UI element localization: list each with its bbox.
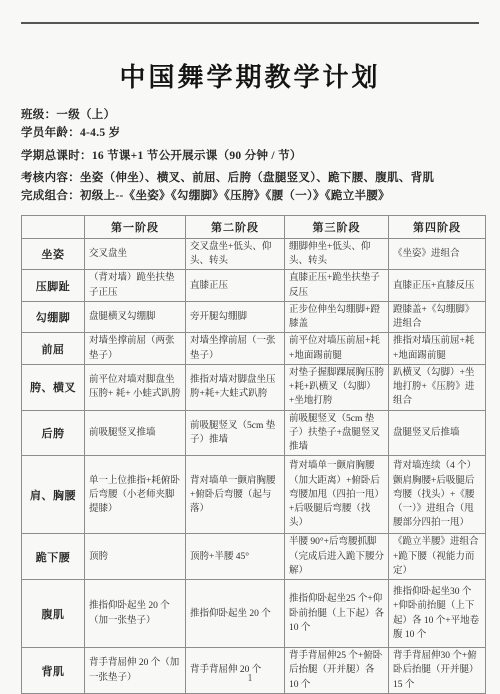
- meta-line-assessment: 考核内容：坐姿（伸坐）、横叉、前屈、后胯（盘腿竖叉）、跪下腰、腹肌、背肌: [21, 172, 479, 186]
- table-row: 肩、胸腰 单一上位推指+耗俯卧后弯腰（小老师夹脚提膝） 背对墙单一颤肩胸腰+俯卧…: [22, 456, 486, 534]
- table-row: 背肌 背手背屈伸 20 个（加一张垫子） 背手背屈伸 20 个 背手背屈伸25 …: [22, 648, 486, 694]
- table-row: 坐姿 交叉盘坐 交叉盘坐+低头、仰头、转头 绷脚伸坐+低头、仰头、转头 《坐姿》…: [22, 238, 486, 270]
- table-cell: 顶胯+半腰 45°: [186, 534, 285, 580]
- meta-value: 坐姿（伸坐）、横叉、前屈、后胯（盘腿竖叉）、跪下腰、腹肌、背肌: [80, 172, 434, 184]
- meta-line-age: 学员年龄：4-4.5 岁: [21, 127, 479, 141]
- table-cell: 旁开腿勾绷脚: [186, 301, 285, 333]
- table-cell: 推指仰卧起坐25 个+仰卧前抬腿（上下起）各 10 个: [285, 580, 389, 648]
- table-cell: 直膝正压: [186, 270, 285, 302]
- table-cell: 盘腿横叉勾绷脚: [85, 301, 186, 333]
- table-cell: 推指仰卧起坐 20 个（加一张垫子）: [85, 580, 186, 648]
- table-row: 压脚趾 （背对墙）跪坐扶垫子正压 直膝正压 直膝正压+跪坐扶垫子反压 直膝正压+…: [22, 270, 486, 302]
- table-cell: 交叉盘坐+低头、仰头、转头: [186, 238, 285, 270]
- table-cell: 背手背屈伸 20 个: [186, 648, 285, 694]
- header-cell-stage4: 第四阶段: [389, 215, 486, 238]
- document-page: 中国舞学期教学计划 班级：一级（上） 学员年龄：4-4.5 岁 学期总课时：16…: [0, 22, 500, 694]
- table-cell: 前吸腿竖叉推墙: [85, 410, 186, 456]
- table-cell: 前吸腿竖叉（5cm 垫子）扶垫子+盘腿竖叉推墙: [285, 410, 389, 456]
- table-cell: 绷脚伸坐+低头、仰头、转头: [285, 238, 389, 270]
- table-cell: 顶胯: [85, 534, 186, 580]
- meta-line-class: 班级：一级（上）: [21, 109, 479, 123]
- table-cell: 正步位伸坐勾绷脚+蹬膝盖: [285, 301, 389, 333]
- table-cell: 对垫子握脚踝展胸压胯+耗+趴横叉（勾脚）+坐地打胯: [285, 364, 389, 410]
- table-cell: 交叉盘坐: [85, 238, 186, 270]
- table-cell: 对墙坐撑前屈（一张垫子）: [186, 333, 285, 365]
- header-cell-stage1: 第一阶段: [85, 215, 186, 238]
- table-cell: 背对墙单一颤肩胸腰+俯卧后弯腰（起与落）: [186, 456, 285, 534]
- table-cell: 直膝正压+跪坐扶垫子反压: [285, 270, 389, 302]
- teaching-plan-table: 第一阶段 第二阶段 第三阶段 第四阶段 坐姿 交叉盘坐 交叉盘坐+低头、仰头、转…: [21, 215, 486, 694]
- table-row: 腹肌 推指仰卧起坐 20 个（加一张垫子） 推指仰卧起坐 20 个 推指仰卧起坐…: [22, 580, 486, 648]
- table-cell: 半腰 90°+后弯腰抓脚（完成后进入跪下腰分解）: [285, 534, 389, 580]
- header-cell-stage3: 第三阶段: [285, 215, 389, 238]
- meta-label: 班级：: [21, 109, 56, 121]
- row-label: 肩、胸腰: [22, 456, 85, 534]
- table-cell: 背手背屈伸30 个+俯卧后抬腿（开并腿）15 个: [389, 648, 486, 694]
- row-label: 前屈: [22, 333, 85, 365]
- header-cell-stage2: 第二阶段: [186, 215, 285, 238]
- table-cell: 单一上位推指+耗俯卧后弯腰（小老师夹脚提膝）: [85, 456, 186, 534]
- row-label: 勾绷脚: [22, 301, 85, 333]
- meta-line-combos: 完成组合：初级上--《坐姿》《勾绷脚》《压胯》《腰（一）》《跪立半腰》: [21, 190, 479, 204]
- table-cell: 前吸腿竖叉（5cm 垫子）推墙: [186, 410, 285, 456]
- table-cell: 推指对墙压前屈+耗+地面踢前腿: [389, 333, 486, 365]
- meta-value: 初级上--《坐姿》《勾绷脚》《压胯》《腰（一）》《跪立半腰》: [80, 190, 390, 202]
- table-cell: 《跪立半腰》进组合+跪下腰（视能力而定）: [389, 534, 486, 580]
- table-cell: 前平位对墙对脚盘坐压胯+ 耗+ 小蛙式趴胯: [85, 364, 186, 410]
- table-cell: （背对墙）跪坐扶垫子正压: [85, 270, 186, 302]
- table-row: 勾绷脚 盘腿横叉勾绷脚 旁开腿勾绷脚 正步位伸坐勾绷脚+蹬膝盖 蹬膝盖+《勾绷脚…: [22, 301, 486, 333]
- table-row: 跪下腰 顶胯 顶胯+半腰 45° 半腰 90°+后弯腰抓脚（完成后进入跪下腰分解…: [22, 534, 486, 580]
- meta-label: 学员年龄：: [21, 127, 80, 139]
- meta-value: 一级（上）: [56, 109, 115, 121]
- meta-line-hours: 学期总课时：16 节课+1 节公开展示课（90 分钟 / 节）: [21, 150, 479, 164]
- table-cell: 盘腿竖叉后推墙: [389, 410, 486, 456]
- table-row: 胯、横叉 前平位对墙对脚盘坐压胯+ 耗+ 小蛙式趴胯 推指对墙对脚盘坐压胯+耗+…: [22, 364, 486, 410]
- meta-value: 16 节课+1 节公开展示课（90 分钟 / 节）: [92, 150, 302, 162]
- table-cell: 推指对墙对脚盘坐压胯+耗+大蛙式趴胯: [186, 364, 285, 410]
- table-cell: 《坐姿》进组合: [389, 238, 486, 270]
- table-row: 前屈 对墙坐撑前屈（两张垫子） 对墙坐撑前屈（一张垫子） 前平位对墙压前屈+耗+…: [22, 333, 486, 365]
- row-label: 跪下腰: [22, 534, 85, 580]
- row-label: 坐姿: [22, 238, 85, 270]
- meta-label: 完成组合：: [21, 190, 80, 202]
- table-cell: 前平位对墙压前屈+耗+地面踢前腿: [285, 333, 389, 365]
- table-header-row: 第一阶段 第二阶段 第三阶段 第四阶段: [22, 215, 486, 238]
- header-cell-empty: [22, 215, 85, 238]
- row-label: 背肌: [22, 648, 85, 694]
- table-cell: 背对墙连续（4 个）颤肩胸腰+后吸腿后弯腰（找头）+《腰（一）》进组合（甩腰部分…: [389, 456, 486, 534]
- row-label: 后胯: [22, 410, 85, 456]
- meta-label: 考核内容：: [21, 172, 80, 184]
- table-cell: 对墙坐撑前屈（两张垫子）: [85, 333, 186, 365]
- table-cell: 推指仰卧起坐 20 个: [186, 580, 285, 648]
- table-cell: 背手背屈伸 20 个（加一张垫子）: [85, 648, 186, 694]
- table-cell: 趴横叉（勾脚）+坐地打胯+《压胯》进组合: [389, 364, 486, 410]
- row-label: 压脚趾: [22, 270, 85, 302]
- table-cell: 背对墙单一颤肩胸腰（加大距离）+俯卧后弯腰加甩（四拍一甩）+后吸腿后弯腰（找头）: [285, 456, 389, 534]
- meta-block: 班级：一级（上） 学员年龄：4-4.5 岁 学期总课时：16 节课+1 节公开展…: [21, 109, 479, 204]
- table-row: 后胯 前吸腿竖叉推墙 前吸腿竖叉（5cm 垫子）推墙 前吸腿竖叉（5cm 垫子）…: [22, 410, 486, 456]
- table-cell: 蹬膝盖+《勾绷脚》进组合: [389, 301, 486, 333]
- table-cell: 背手背屈伸25 个+俯卧后抬腿（开并腿）各 10 个: [285, 648, 389, 694]
- meta-value: 4-4.5 岁: [80, 127, 120, 139]
- page-number: 1: [0, 673, 500, 684]
- table-cell: 直膝正压+直膝反压: [389, 270, 486, 302]
- page-title: 中国舞学期教学计划: [21, 57, 479, 94]
- header-rule: [21, 22, 479, 24]
- row-label: 腹肌: [22, 580, 85, 648]
- table-cell: 推指仰卧起坐30 个+仰卧前抬腿（上下起）各 10 个+平地卷腹 10 个: [389, 580, 486, 648]
- row-label: 胯、横叉: [22, 364, 85, 410]
- meta-label: 学期总课时：: [21, 150, 92, 162]
